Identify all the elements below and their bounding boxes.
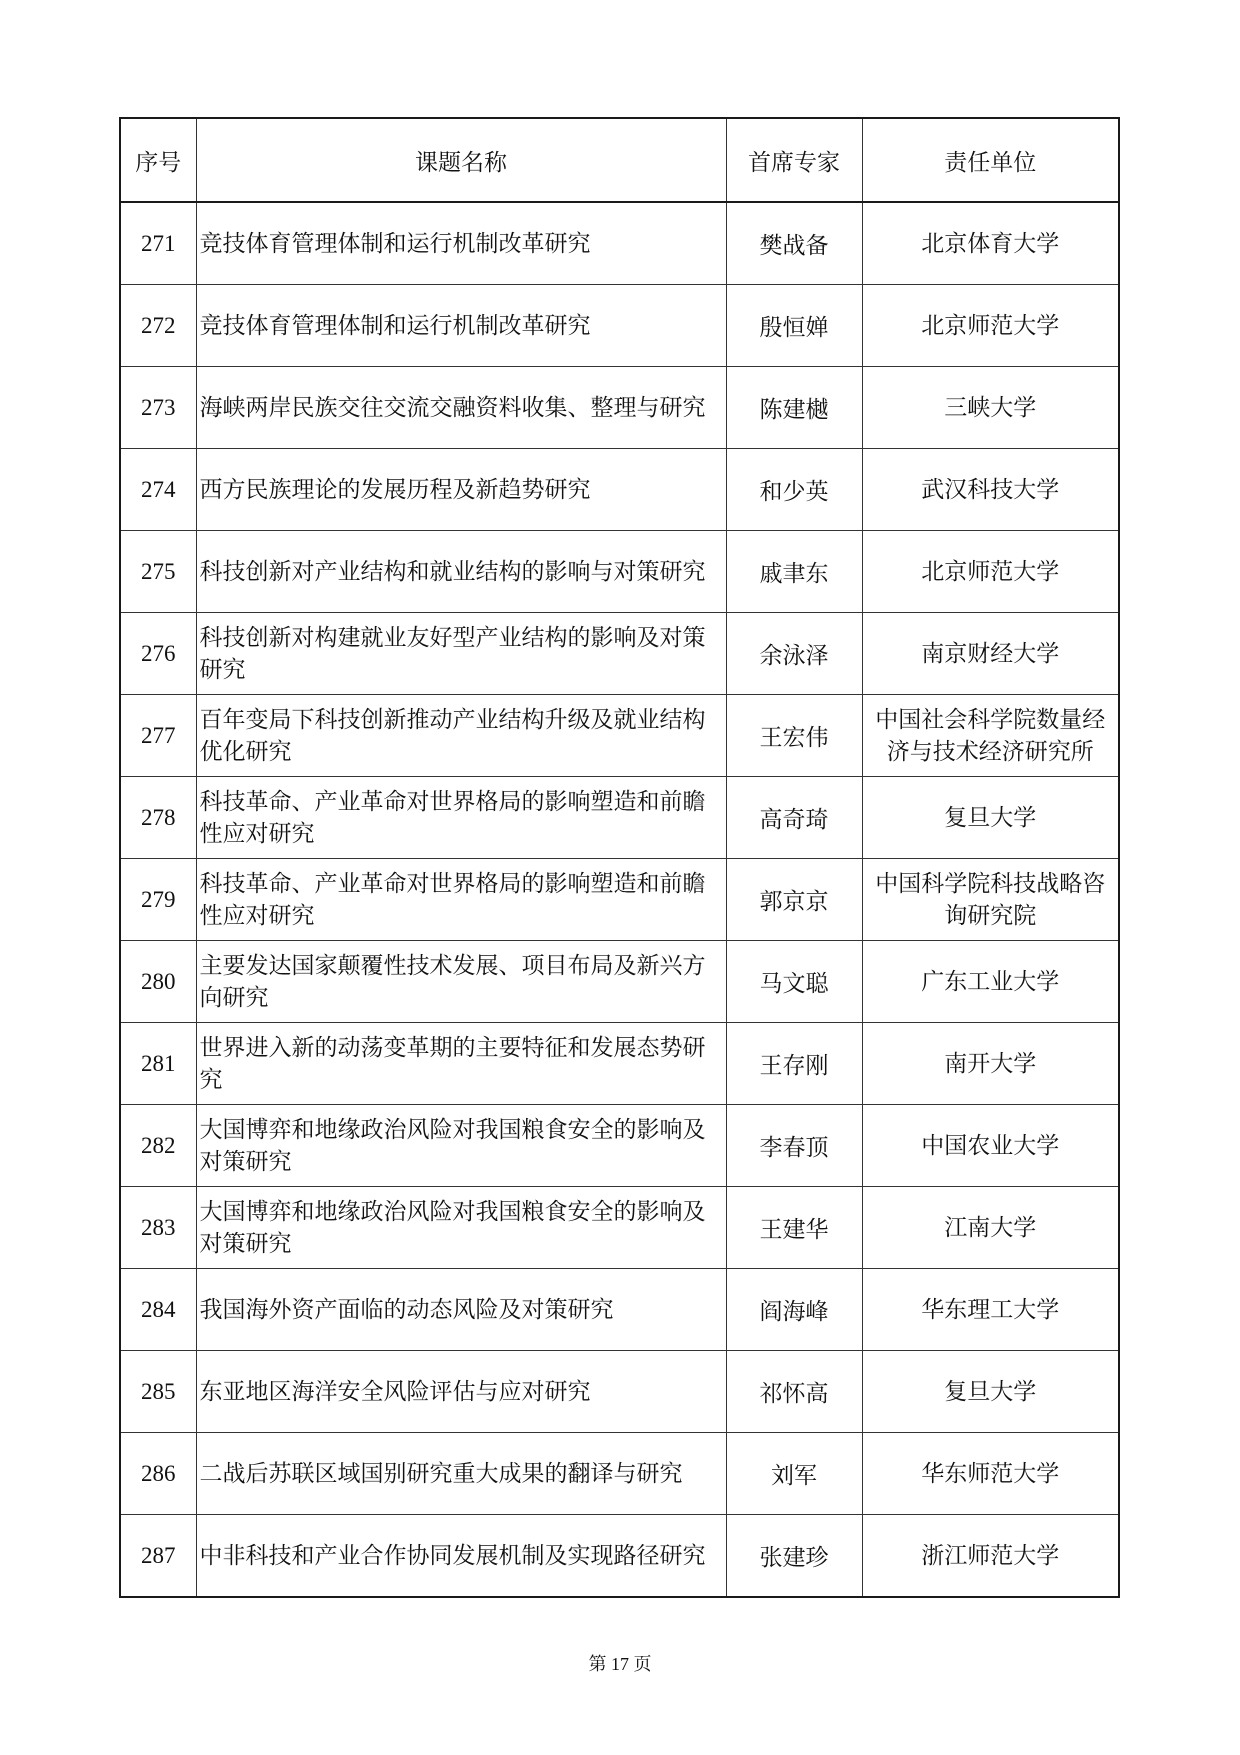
cell-no: 283	[120, 1187, 196, 1269]
table-row: 282 大国博弈和地缘政治风险对我国粮食安全的影响及对策研究 李春顶 中国农业大…	[120, 1105, 1119, 1187]
table-row: 277 百年变局下科技创新推动产业结构升级及就业结构优化研究 王宏伟 中国社会科…	[120, 695, 1119, 777]
table-row: 281 世界进入新的动荡变革期的主要特征和发展态势研究 王存刚 南开大学	[120, 1023, 1119, 1105]
cell-no: 271	[120, 202, 196, 285]
cell-expert: 王建华	[726, 1187, 862, 1269]
cell-no: 280	[120, 941, 196, 1023]
cell-title: 百年变局下科技创新推动产业结构升级及就业结构优化研究	[196, 695, 726, 777]
cell-expert: 王宏伟	[726, 695, 862, 777]
cell-unit: 广东工业大学	[862, 941, 1119, 1023]
project-table: 序号 课题名称 首席专家 责任单位 271 竞技体育管理体制和运行机制改革研究 …	[119, 117, 1120, 1598]
cell-title: 主要发达国家颠覆性技术发展、项目布局及新兴方向研究	[196, 941, 726, 1023]
cell-unit: 复旦大学	[862, 1351, 1119, 1433]
cell-title: 大国博弈和地缘政治风险对我国粮食安全的影响及对策研究	[196, 1105, 726, 1187]
header-title: 课题名称	[196, 118, 726, 202]
cell-expert: 高奇琦	[726, 777, 862, 859]
cell-no: 273	[120, 367, 196, 449]
cell-expert: 殷恒婵	[726, 285, 862, 367]
header-expert: 首席专家	[726, 118, 862, 202]
cell-unit: 南开大学	[862, 1023, 1119, 1105]
cell-no: 274	[120, 449, 196, 531]
cell-unit: 中国社会科学院数量经济与技术经济研究所	[862, 695, 1119, 777]
cell-no: 276	[120, 613, 196, 695]
cell-title: 中非科技和产业合作协同发展机制及实现路径研究	[196, 1515, 726, 1598]
cell-no: 282	[120, 1105, 196, 1187]
table-row: 272 竞技体育管理体制和运行机制改革研究 殷恒婵 北京师范大学	[120, 285, 1119, 367]
table-row: 279 科技革命、产业革命对世界格局的影响塑造和前瞻性应对研究 郭京京 中国科学…	[120, 859, 1119, 941]
table-row: 276 科技创新对构建就业友好型产业结构的影响及对策研究 余泳泽 南京财经大学	[120, 613, 1119, 695]
table-row: 274 西方民族理论的发展历程及新趋势研究 和少英 武汉科技大学	[120, 449, 1119, 531]
cell-title: 大国博弈和地缘政治风险对我国粮食安全的影响及对策研究	[196, 1187, 726, 1269]
cell-expert: 戚聿东	[726, 531, 862, 613]
cell-unit: 北京师范大学	[862, 531, 1119, 613]
cell-title: 竞技体育管理体制和运行机制改革研究	[196, 202, 726, 285]
cell-unit: 复旦大学	[862, 777, 1119, 859]
cell-expert: 祁怀高	[726, 1351, 862, 1433]
cell-title: 科技创新对产业结构和就业结构的影响与对策研究	[196, 531, 726, 613]
cell-unit: 三峡大学	[862, 367, 1119, 449]
table-row: 271 竞技体育管理体制和运行机制改革研究 樊战备 北京体育大学	[120, 202, 1119, 285]
cell-unit: 华东师范大学	[862, 1433, 1119, 1515]
page-number: 第 17 页	[0, 1650, 1240, 1676]
cell-expert: 和少英	[726, 449, 862, 531]
cell-expert: 马文聪	[726, 941, 862, 1023]
cell-unit: 华东理工大学	[862, 1269, 1119, 1351]
cell-expert: 郭京京	[726, 859, 862, 941]
cell-unit: 浙江师范大学	[862, 1515, 1119, 1598]
cell-expert: 余泳泽	[726, 613, 862, 695]
cell-expert: 张建珍	[726, 1515, 862, 1598]
cell-expert: 王存刚	[726, 1023, 862, 1105]
cell-unit: 中国科学院科技战略咨询研究院	[862, 859, 1119, 941]
cell-no: 284	[120, 1269, 196, 1351]
header-row: 序号 课题名称 首席专家 责任单位	[120, 118, 1119, 202]
table-header: 序号 课题名称 首席专家 责任单位	[120, 118, 1119, 202]
table-row: 287 中非科技和产业合作协同发展机制及实现路径研究 张建珍 浙江师范大学	[120, 1515, 1119, 1598]
cell-title: 科技革命、产业革命对世界格局的影响塑造和前瞻性应对研究	[196, 859, 726, 941]
cell-title: 我国海外资产面临的动态风险及对策研究	[196, 1269, 726, 1351]
cell-title: 海峡两岸民族交往交流交融资料收集、整理与研究	[196, 367, 726, 449]
cell-title: 东亚地区海洋安全风险评估与应对研究	[196, 1351, 726, 1433]
cell-title: 二战后苏联区域国别研究重大成果的翻译与研究	[196, 1433, 726, 1515]
cell-no: 286	[120, 1433, 196, 1515]
cell-title: 世界进入新的动荡变革期的主要特征和发展态势研究	[196, 1023, 726, 1105]
cell-title: 科技创新对构建就业友好型产业结构的影响及对策研究	[196, 613, 726, 695]
cell-no: 275	[120, 531, 196, 613]
cell-title: 科技革命、产业革命对世界格局的影响塑造和前瞻性应对研究	[196, 777, 726, 859]
cell-expert: 刘军	[726, 1433, 862, 1515]
table-row: 273 海峡两岸民族交往交流交融资料收集、整理与研究 陈建樾 三峡大学	[120, 367, 1119, 449]
cell-no: 272	[120, 285, 196, 367]
cell-no: 281	[120, 1023, 196, 1105]
table-row: 284 我国海外资产面临的动态风险及对策研究 阎海峰 华东理工大学	[120, 1269, 1119, 1351]
cell-unit: 北京体育大学	[862, 202, 1119, 285]
table-row: 285 东亚地区海洋安全风险评估与应对研究 祁怀高 复旦大学	[120, 1351, 1119, 1433]
cell-unit: 江南大学	[862, 1187, 1119, 1269]
table-row: 278 科技革命、产业革命对世界格局的影响塑造和前瞻性应对研究 高奇琦 复旦大学	[120, 777, 1119, 859]
cell-title: 西方民族理论的发展历程及新趋势研究	[196, 449, 726, 531]
cell-expert: 陈建樾	[726, 367, 862, 449]
cell-unit: 武汉科技大学	[862, 449, 1119, 531]
header-unit: 责任单位	[862, 118, 1119, 202]
table-row: 280 主要发达国家颠覆性技术发展、项目布局及新兴方向研究 马文聪 广东工业大学	[120, 941, 1119, 1023]
table-row: 286 二战后苏联区域国别研究重大成果的翻译与研究 刘军 华东师范大学	[120, 1433, 1119, 1515]
cell-no: 277	[120, 695, 196, 777]
cell-no: 287	[120, 1515, 196, 1598]
cell-no: 285	[120, 1351, 196, 1433]
cell-expert: 阎海峰	[726, 1269, 862, 1351]
table-body: 271 竞技体育管理体制和运行机制改革研究 樊战备 北京体育大学 272 竞技体…	[120, 202, 1119, 1597]
cell-unit: 南京财经大学	[862, 613, 1119, 695]
cell-title: 竞技体育管理体制和运行机制改革研究	[196, 285, 726, 367]
cell-expert: 樊战备	[726, 202, 862, 285]
cell-unit: 中国农业大学	[862, 1105, 1119, 1187]
cell-expert: 李春顶	[726, 1105, 862, 1187]
cell-unit: 北京师范大学	[862, 285, 1119, 367]
header-no: 序号	[120, 118, 196, 202]
cell-no: 279	[120, 859, 196, 941]
cell-no: 278	[120, 777, 196, 859]
table-row: 283 大国博弈和地缘政治风险对我国粮食安全的影响及对策研究 王建华 江南大学	[120, 1187, 1119, 1269]
table-row: 275 科技创新对产业结构和就业结构的影响与对策研究 戚聿东 北京师范大学	[120, 531, 1119, 613]
